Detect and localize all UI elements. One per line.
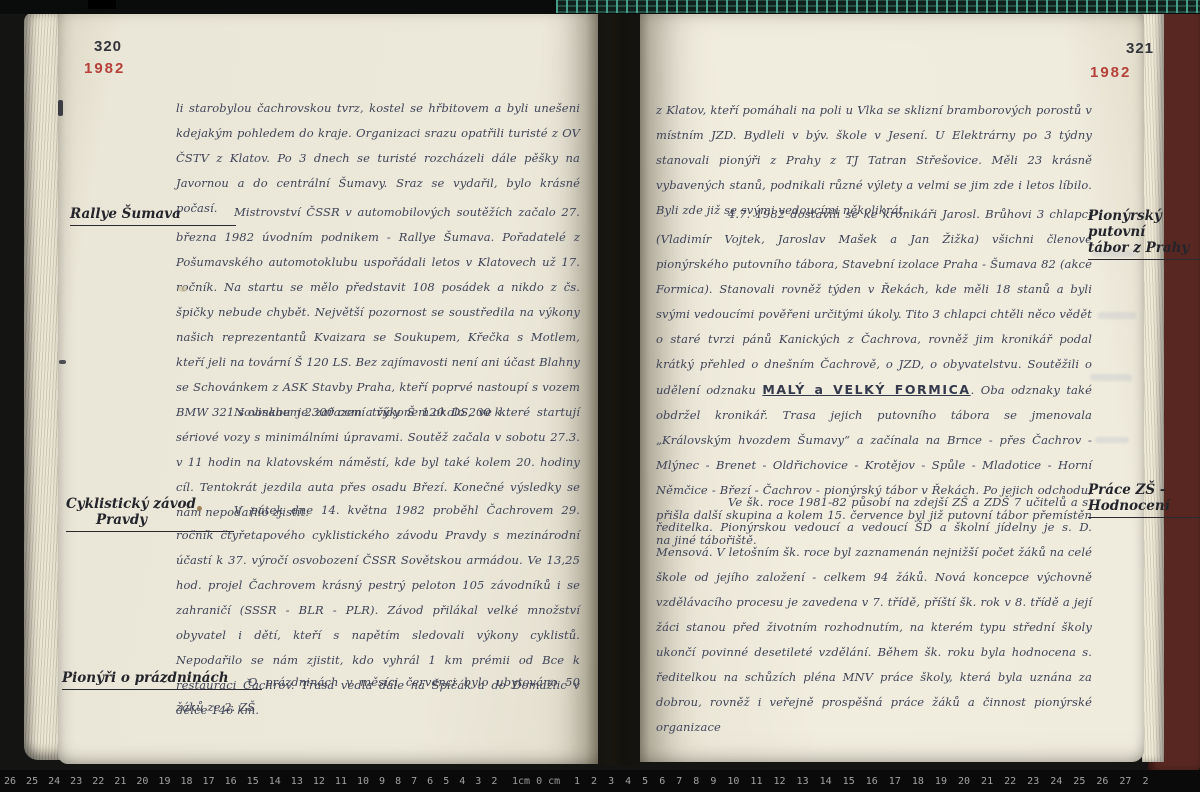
page-number-left: 320 — [94, 38, 122, 55]
ruler-scale-left: 26 25 24 23 22 21 20 19 18 17 16 15 14 1… — [0, 776, 512, 787]
paragraph-pionyri: O prázdninách v měsíci červenci bylo uby… — [176, 670, 580, 720]
formica-badge-text: MALÝ a VELKÝ FORMICA — [762, 382, 970, 397]
bottom-ruler: 26 25 24 23 22 21 20 19 18 17 16 15 14 1… — [0, 770, 1200, 792]
ink-bleed-ghost — [1090, 374, 1132, 381]
margin-heading-pionyrsky-tabor: Pionýrský putovní tábor z Prahy — [1088, 208, 1200, 260]
paragraph-rallye-1: Mistrovství ČSSR v automobilových soutěž… — [176, 200, 580, 425]
ink-bleed-ghost — [1098, 312, 1136, 319]
heading-line: Pionýrský putovní — [1088, 208, 1162, 240]
paragraph-prace-zs: Ve šk. roce 1981-82 působí na zdejší ZŠ … — [656, 490, 1092, 740]
margin-heading-prace-zs: Práce ZŠ - Hodnocení — [1088, 482, 1200, 518]
edge-ink-mark — [59, 360, 66, 364]
top-ruler — [556, 0, 1200, 13]
heading-line: Hodnocení — [1088, 498, 1200, 514]
paragraph-text: 4.7. 1982 dostavili se ke kronikáři Jaro… — [656, 207, 1092, 397]
scanned-chronicle-spread: 320 1982 li starobylou čachrovskou tvrz,… — [0, 0, 1200, 792]
page-left-320: 320 1982 li starobylou čachrovskou tvrz,… — [58, 8, 598, 764]
page-edges-left — [24, 12, 62, 760]
ruler-scale-right: 1 2 3 4 5 6 7 8 9 10 11 12 13 14 15 16 1… — [574, 776, 1200, 787]
year-stamp-left: 1982 — [84, 60, 125, 77]
page-edges-right — [1142, 10, 1164, 762]
edge-ink-mark — [58, 100, 63, 116]
top-ruler-notch — [88, 0, 116, 9]
ink-bleed-ghost — [1095, 437, 1129, 443]
year-stamp-right: 1982 — [1090, 64, 1131, 81]
heading-line: tábor z Prahy — [1088, 240, 1200, 256]
ruler-scale-zero: 1cm 0 cm — [512, 776, 574, 787]
page-right-321: 321 1982 z Klatov, kteří pomáhali na pol… — [640, 12, 1144, 762]
page-number-right: 321 — [1126, 40, 1154, 57]
heading-line: Práce ZŠ - — [1088, 482, 1165, 498]
